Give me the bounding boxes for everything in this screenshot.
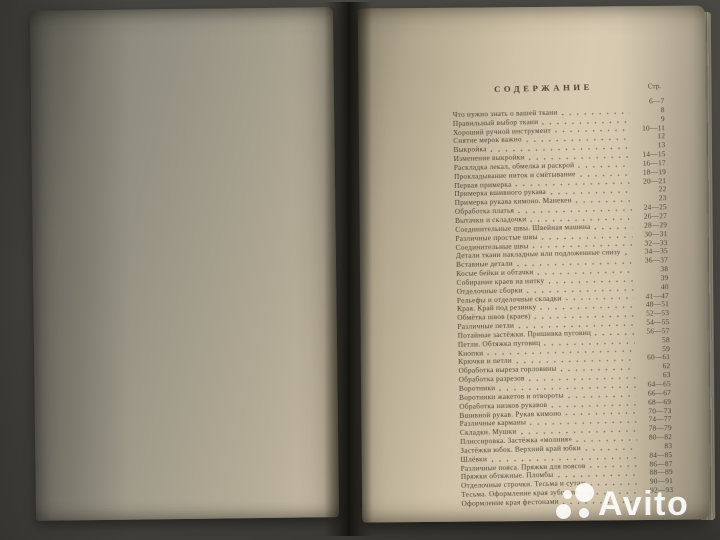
avito-logo-icon [575, 483, 594, 502]
toc-entry-title: Петли. Обтяжка пуговиц [458, 338, 541, 349]
dot-leader [625, 253, 633, 255]
avito-logo-icon [563, 490, 572, 499]
toc-title: СОДЕРЖАНИЕ [494, 82, 593, 94]
avito-logo-icon [556, 504, 571, 519]
page-column-label: Стр. [648, 82, 662, 90]
book-photo: СОДЕРЖАНИЕ Стр. 6—7 Что нужно знать о ва… [0, 0, 720, 540]
avito-watermark: Avito [556, 482, 718, 530]
left-blank-page [30, 7, 339, 521]
book-gutter-shadow [324, 2, 372, 536]
table-of-contents: СОДЕРЖАНИЕ Стр. 6—7 Что нужно знать о ва… [452, 80, 674, 508]
avito-logo-icon [579, 508, 589, 518]
avito-watermark-text: Avito [598, 483, 689, 525]
toc-list: 6—7 Что нужно знать о вашей ткани 8 Прав… [452, 96, 673, 508]
toc-entry-title: Снятие мерок важно [453, 135, 522, 146]
